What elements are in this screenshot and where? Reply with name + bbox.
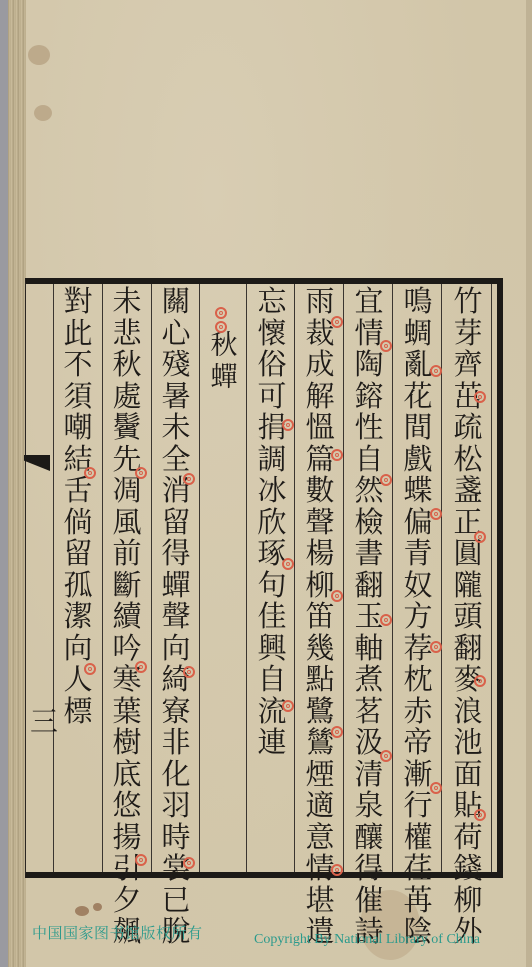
punctuation-mark [331,316,343,328]
character: 續 [112,601,141,633]
character: 蟬 [211,362,238,394]
book-page: 竹芽齊茁疏松盞正圓隴頭翻麥浪池面貼荷錢柳外 鳴蜩亂花間戲蝶偏青奴方荐枕赤帝漸行權… [0,0,532,967]
character: 權 [403,822,432,854]
character: 宜 [354,286,383,318]
character: 留 [161,507,190,539]
character: 悠 [112,790,141,822]
punctuation-mark [430,508,442,520]
character: 性 [354,412,383,444]
character: 鷺 [305,696,334,728]
character: 煙 [305,759,334,791]
character: 頭 [453,601,482,633]
punctuation-mark [331,864,343,876]
character: 向 [161,633,190,665]
column-divider [294,284,295,872]
character: 悲 [112,318,141,350]
character: 慍 [305,412,334,444]
character: 鳴 [403,286,432,318]
character: 書 [354,538,383,570]
character: 冰 [257,475,286,507]
character: 時 [161,822,190,854]
character: 懷 [257,318,286,350]
character: 楊 [305,538,334,570]
character: 帝 [403,727,432,759]
punctuation-mark [282,700,294,712]
character: 煮 [354,664,383,696]
text-column-1: 竹芽齊茁疏松盞正圓隴頭翻麥浪池面貼荷錢柳外 [446,286,490,948]
column-divider [53,284,54,872]
character: 句 [257,570,286,602]
character: 疏 [453,412,482,444]
punctuation-mark [380,340,392,352]
character: 標 [63,696,92,728]
character: 可 [257,381,286,413]
title-circle-mark [215,321,227,333]
character: 斷 [112,570,141,602]
character: 須 [63,381,92,413]
punctuation-mark [282,558,294,570]
character: 適 [305,790,334,822]
character: 釀 [354,822,383,854]
character: 奴 [403,570,432,602]
character: 蟬 [161,570,190,602]
character: 軸 [354,633,383,665]
page-number: 三 [30,700,58,740]
character: 心 [161,318,190,350]
character: 盞 [453,475,482,507]
character: 佳 [257,601,286,633]
text-column-7: 關心殘暑未全消留得蟬聲向綺寮非化羽時裳已脫 [154,286,198,948]
character: 柳 [453,885,482,917]
character: 非 [161,727,190,759]
character: 方 [403,601,432,633]
character: 關 [161,286,190,318]
punctuation-mark [474,531,486,543]
character: 成 [305,349,334,381]
character: 自 [354,444,383,476]
stain [93,903,102,911]
character: 秋 [112,349,141,381]
character: 此 [63,318,92,350]
character: 芽 [453,318,482,350]
punctuation-mark [380,750,392,762]
punctuation-mark [331,590,343,602]
punctuation-mark [183,857,195,869]
character: 連 [257,727,286,759]
character: 已 [161,885,190,917]
character: 未 [112,286,141,318]
character: 潔 [63,601,92,633]
character: 亂 [403,349,432,381]
character: 留 [63,538,92,570]
title-circle-mark [215,307,227,319]
character: 葉 [112,696,141,728]
punctuation-mark [380,474,392,486]
character: 孤 [63,570,92,602]
punctuation-mark [183,473,195,485]
column-divider [102,284,103,872]
punctuation-mark [183,666,195,678]
character: 欣 [257,507,286,539]
character: 秋 [211,330,238,362]
punctuation-mark [474,809,486,821]
punctuation-mark [135,854,147,866]
character: 吟 [112,633,141,665]
poem-title: 秋蟬 [202,330,246,393]
character: 凋 [112,475,141,507]
column-divider [151,284,152,872]
character: 玉 [354,601,383,633]
character: 興 [257,633,286,665]
character: 鎔 [354,381,383,413]
character: 赤 [403,696,432,728]
text-column-4: 雨裁成解慍篇數聲楊柳笛幾點鷺鷥煙適意情堪遣 [298,286,342,948]
character: 鬢 [112,412,141,444]
character: 點 [305,664,334,696]
watermark-chinese: 中国国家图书馆版权所有 [32,922,203,943]
character: 得 [354,853,383,885]
character: 齊 [453,349,482,381]
stain [34,105,52,121]
watermark-english: Copyright By National Library of China [254,932,480,948]
character: 俗 [257,349,286,381]
character: 數 [305,475,334,507]
character: 茗 [354,696,383,728]
character: 篇 [305,444,334,476]
character: 暑 [161,381,190,413]
stain [75,906,89,916]
character: 翻 [354,570,383,602]
punctuation-mark [282,419,294,431]
character: 未 [161,412,190,444]
column-divider [343,284,344,872]
text-column-2: 鳴蜩亂花間戲蝶偏青奴方荐枕赤帝漸行權荏苒陰 [396,286,440,948]
character: 檢 [354,507,383,539]
character: 竹 [453,286,482,318]
character: 化 [161,759,190,791]
punctuation-mark [474,675,486,687]
character: 翻 [453,633,482,665]
character: 不 [63,349,92,381]
character: 自 [257,664,286,696]
character: 花 [403,381,432,413]
character: 浪 [453,696,482,728]
character: 忘 [257,286,286,318]
punctuation-mark [84,467,96,479]
character: 陶 [354,349,383,381]
character: 底 [112,759,141,791]
character: 流 [257,696,286,728]
text-column-8: 未悲秋處鬢先凋風前斷續吟寒葉樹底悠揚引夕飆 [105,286,149,948]
punctuation-mark [430,641,442,653]
punctuation-mark [135,661,147,673]
character: 寮 [161,696,190,728]
character: 蝶 [403,475,432,507]
character: 戲 [403,444,432,476]
column-divider [491,284,492,872]
character: 荐 [403,633,432,665]
character: 青 [403,538,432,570]
character: 偏 [403,507,432,539]
punctuation-mark [430,365,442,377]
text-column-9: 對此不須嘲結舌倘留孤潔向人標 [56,286,100,727]
character: 清 [354,759,383,791]
character: 行 [403,790,432,822]
character: 解 [305,381,334,413]
punctuation-mark [380,614,392,626]
punctuation-mark [331,726,343,738]
character: 前 [112,538,141,570]
punctuation-mark [430,782,442,794]
character: 池 [453,727,482,759]
character: 羽 [161,790,190,822]
character: 松 [453,444,482,476]
character: 舌 [63,475,92,507]
column-divider [392,284,393,872]
character: 泉 [354,790,383,822]
character: 聲 [305,507,334,539]
page-right-edge [526,0,532,967]
character: 幾 [305,633,334,665]
character: 夕 [112,885,141,917]
character: 殘 [161,349,190,381]
punctuation-mark [474,391,486,403]
character: 嘲 [63,412,92,444]
character: 間 [403,412,432,444]
background-edge [0,0,8,967]
punctuation-mark [135,467,147,479]
character: 催 [354,885,383,917]
character: 漸 [403,759,432,791]
character: 蜩 [403,318,432,350]
column-divider [246,284,247,872]
character: 調 [257,444,286,476]
character: 荷 [453,822,482,854]
character: 雨 [305,286,334,318]
character: 荏 [403,853,432,885]
character: 向 [63,633,92,665]
character: 意 [305,822,334,854]
character: 風 [112,507,141,539]
character: 苒 [403,885,432,917]
character: 笛 [305,601,334,633]
character: 全 [161,444,190,476]
punctuation-mark [84,663,96,675]
character: 錢 [453,853,482,885]
column-divider [199,284,200,872]
character: 聲 [161,601,190,633]
character: 處 [112,381,141,413]
character: 隴 [453,570,482,602]
character: 對 [63,286,92,318]
stain [28,45,50,65]
text-column-5: 忘懷俗可捐調冰欣琢句佳興自流連 [250,286,294,759]
character: 樹 [112,727,141,759]
character: 揚 [112,822,141,854]
character: 得 [161,538,190,570]
character: 面 [453,759,482,791]
character: 倘 [63,507,92,539]
character: 堪 [305,885,334,917]
character: 枕 [403,664,432,696]
punctuation-mark [331,449,343,461]
